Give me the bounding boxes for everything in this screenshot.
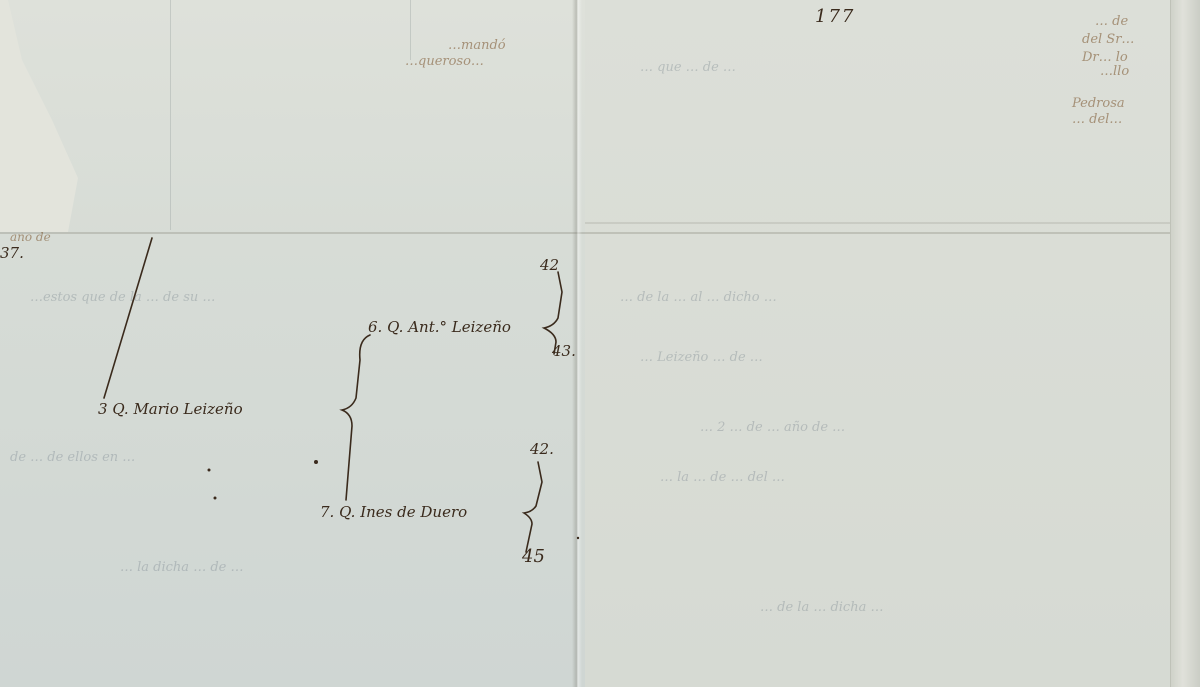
tree-child-2: 7. Q. Ines de Duero <box>320 503 467 521</box>
tree-root: 3 Q. Mario Leizeño <box>98 400 243 418</box>
root-generation: 3 <box>98 400 108 418</box>
tree-child-1: 6. Q. Ant.° Leizeño <box>368 318 511 336</box>
range-to: 43. <box>552 342 576 360</box>
child-marker: Q. <box>339 503 355 521</box>
child-name: Ines de Duero <box>360 503 467 521</box>
range-from: 42 <box>540 256 559 274</box>
root-name: Mario Leizeño <box>133 400 242 418</box>
manuscript-page: …estos que de la … de su … de … de ellos… <box>0 0 1200 687</box>
range-to: 45 <box>522 546 545 567</box>
root-marker: Q. <box>112 400 128 418</box>
child-generation: 6 <box>368 318 378 336</box>
genealogy-brackets <box>0 0 1200 687</box>
child-name: Ant.° Leizeño <box>408 318 511 336</box>
range-from: 42. <box>530 440 554 458</box>
child-marker: Q. <box>387 318 403 336</box>
child-generation: 7 <box>320 503 330 521</box>
